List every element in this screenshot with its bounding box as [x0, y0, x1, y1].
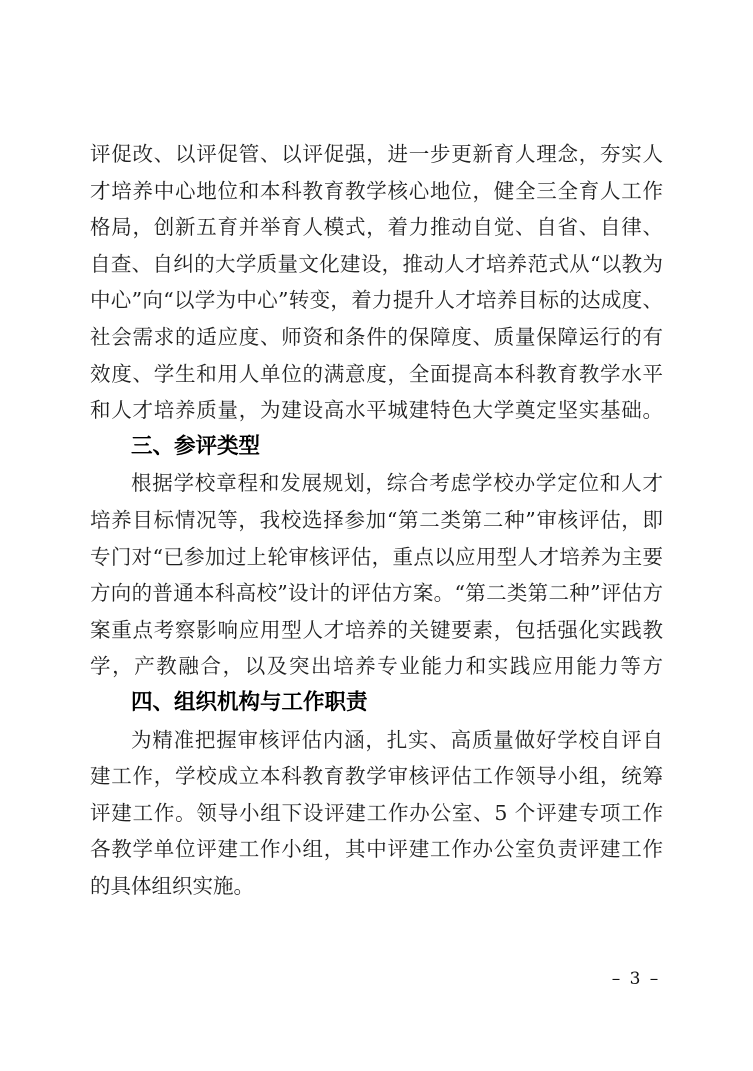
body-line: 才培养中心地位和本科教育教学核心地位，健全三全育人工作 [90, 173, 663, 210]
section-heading-participation-type: 三、参评类型 [90, 429, 663, 466]
body-line: 培养目标情况等，我校选择参加“第二类第二种”审核评估，即 [90, 502, 663, 539]
body-line: 自查、自纠的大学质量文化建设，推动人才培养范式从“以教为 [90, 246, 663, 283]
body-line: 方向的普通本科高校”设计的评估方案。“第二类第二种”评估方 [90, 575, 663, 612]
body-line: 评促改、以评促管、以评促强，进一步更新育人理念，夯实人 [90, 136, 663, 173]
body-line: 评建工作。领导小组下设评建工作办公室、5 个评建专项工作组、 [90, 795, 663, 832]
body-line: 为精准把握审核评估内涵，扎实、高质量做好学校自评自 [90, 722, 663, 759]
body-line: 格局，创新五育并举育人模式，着力推动自觉、自省、自律、 [90, 209, 663, 246]
document-page: 评促改、以评促管、以评促强，进一步更新育人理念，夯实人 才培养中心地位和本科教育… [0, 0, 753, 1071]
body-line: 和人才培养质量，为建设高水平城建特色大学奠定坚实基础。 [90, 392, 663, 429]
body-line: 根据学校章程和发展规划，综合考虑学校办学定位和人才 [90, 465, 663, 502]
section-heading-organization: 四、组织机构与工作职责 [90, 685, 663, 722]
body-line: 专门对“已参加过上轮审核评估，重点以应用型人才培养为主要 [90, 539, 663, 576]
document-body: 评促改、以评促管、以评促强，进一步更新育人理念，夯实人 才培养中心地位和本科教育… [90, 136, 663, 904]
body-line: 中心”向“以学为中心”转变，着力提升人才培养目标的达成度、 [90, 282, 663, 319]
body-line: 建工作，学校成立本科教育教学审核评估工作领导小组，统筹 [90, 758, 663, 795]
body-line: 社会需求的适应度、师资和条件的保障度、质量保障运行的有 [90, 319, 663, 356]
body-line: 案重点考察影响应用型人才培养的关键要素，包括强化实践教 [90, 612, 663, 649]
page-number: – 3 – [596, 969, 676, 989]
body-line: 效度、学生和用人单位的满意度，全面提高本科教育教学水平 [90, 356, 663, 393]
body-line: 的具体组织实施。 [90, 868, 663, 905]
body-line: 各教学单位评建工作小组，其中评建工作办公室负责评建工作 [90, 831, 663, 868]
body-line: 学，产教融合，以及突出培养专业能力和实践应用能力等方面。 [90, 648, 663, 685]
